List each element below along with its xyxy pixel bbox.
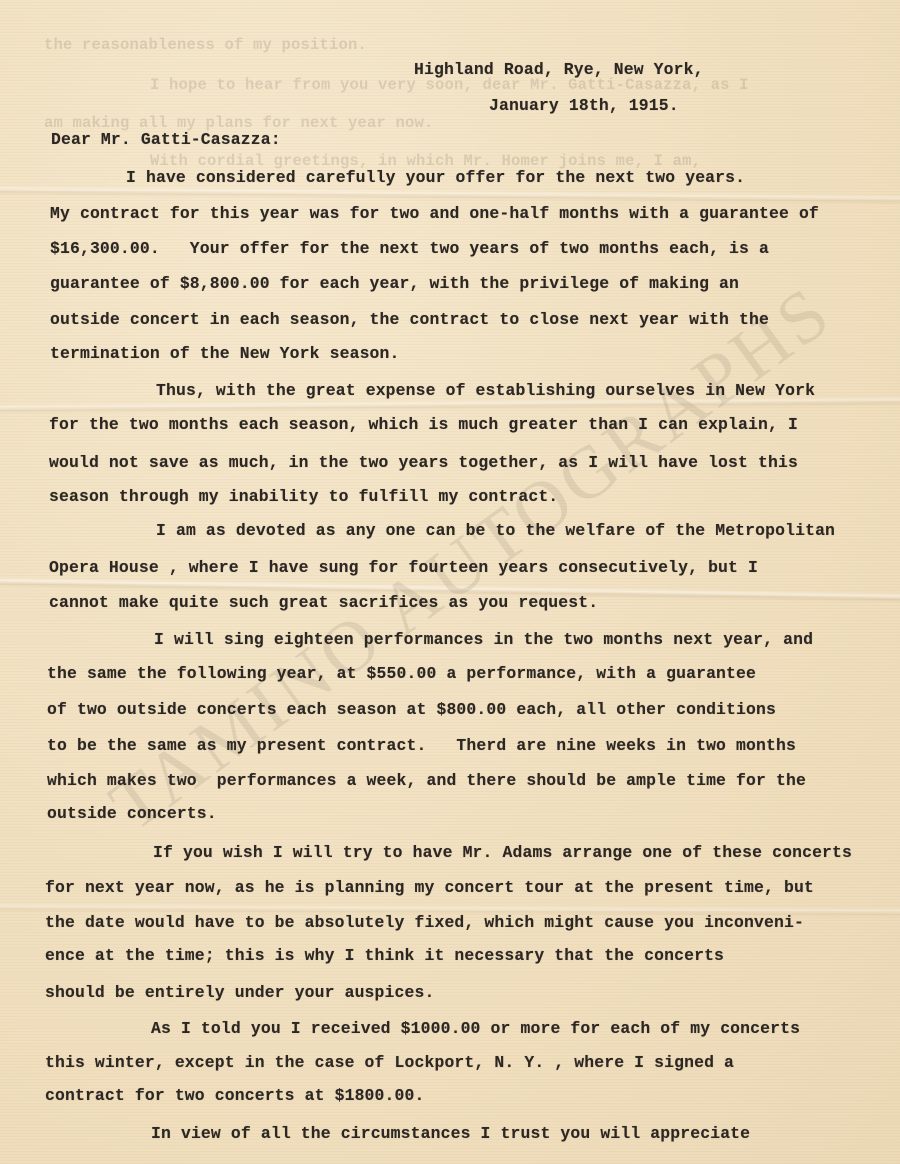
body-line: outside concert in each season, the cont… <box>50 310 769 329</box>
body-line: the same the following year, at $550.00 … <box>47 664 756 683</box>
sender-address: Highland Road, Rye, New York, <box>414 60 704 79</box>
letter-page: the reasonableness of my position. I hop… <box>0 0 900 1164</box>
body-line: for next year now, as he is planning my … <box>45 878 814 897</box>
body-line: this winter, except in the case of Lockp… <box>45 1053 734 1072</box>
body-line: My contract for this year was for two an… <box>50 204 819 223</box>
body-line: outside concerts. <box>47 804 217 823</box>
bleed-through-line: the reasonableness of my position. <box>44 36 367 54</box>
body-line: ence at the time; this is why I think it… <box>45 946 724 965</box>
body-line: termination of the New York season. <box>50 344 400 363</box>
letter-date: January 18th, 1915. <box>489 96 679 115</box>
body-line: $16,300.00. Your offer for the next two … <box>50 239 769 258</box>
body-line: of two outside concerts each season at $… <box>47 700 776 719</box>
body-line: If you wish I will try to have Mr. Adams… <box>153 843 852 862</box>
body-line: contract for two concerts at $1800.00. <box>45 1086 424 1105</box>
body-line: Opera House , where I have sung for four… <box>49 558 758 577</box>
paper-crease <box>0 185 900 204</box>
salutation: Dear Mr. Gatti-Casazza: <box>51 130 281 149</box>
body-line: cannot make quite such great sacrifices … <box>49 593 598 612</box>
body-line: which makes two performances a week, and… <box>47 771 806 790</box>
body-line: should be entirely under your auspices. <box>45 983 434 1002</box>
body-line: I will sing eighteen performances in the… <box>154 630 813 649</box>
body-line: In view of all the circumstances I trust… <box>151 1124 750 1143</box>
body-line: season through my inability to fulfill m… <box>49 487 558 506</box>
body-line: I am as devoted as any one can be to the… <box>156 521 835 540</box>
body-line: would not save as much, in the two years… <box>49 453 798 472</box>
body-line: Thus, with the great expense of establis… <box>156 381 815 400</box>
body-line: I have considered carefully your offer f… <box>126 168 745 187</box>
body-line: the date would have to be absolutely fix… <box>45 913 804 932</box>
body-line: to be the same as my present contract. T… <box>47 736 796 755</box>
body-line: for the two months each season, which is… <box>49 415 798 434</box>
body-line: As I told you I received $1000.00 or mor… <box>151 1019 800 1038</box>
body-line: guarantee of $8,800.00 for each year, wi… <box>50 274 739 293</box>
